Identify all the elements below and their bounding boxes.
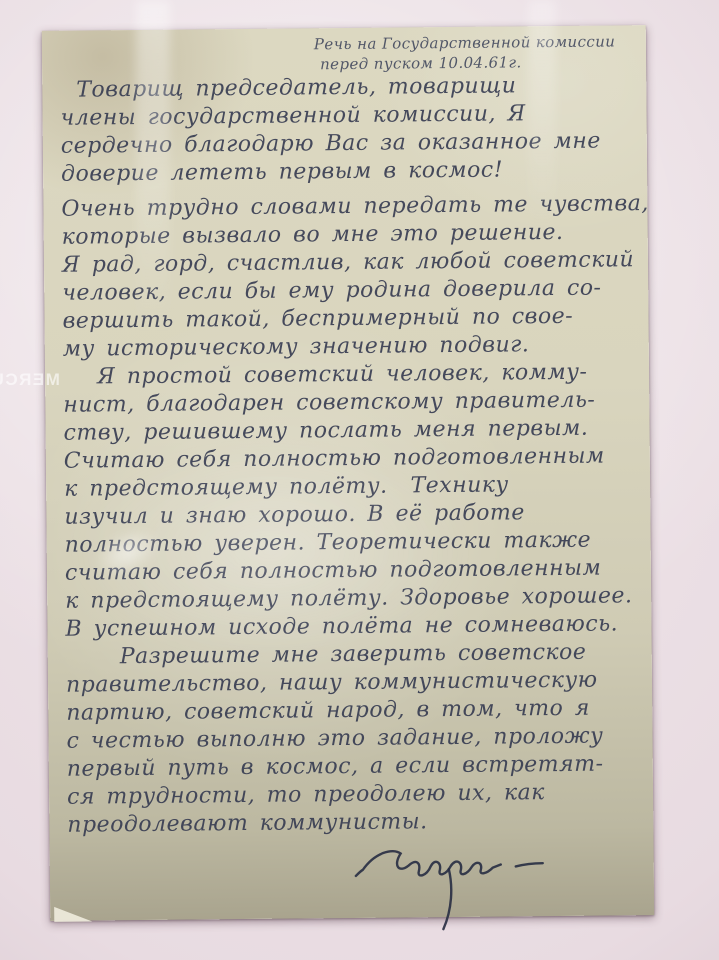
- heading-line: Речь на Государственной комиссии: [314, 31, 644, 54]
- letter-line: вершить такой, беспримерный по свое-: [62, 302, 648, 336]
- letter-heading: Речь на Государственной комиссии перед п…: [314, 31, 644, 74]
- letter-line: Считаю себя полностью подготовленным: [64, 442, 650, 476]
- signature-autograph-icon: [347, 834, 578, 941]
- letter-line: первый путь в космос, а если встретят-: [67, 750, 653, 784]
- museum-photo: MERCU Речь на Государственной комиссии п…: [0, 0, 719, 960]
- gagarin-signature: Гагарин: [347, 834, 578, 941]
- letter-line: доверие лететь первым в космос!: [61, 155, 647, 189]
- paper-corner-fold: [54, 906, 92, 921]
- letter-sheet: Речь на Государственной комиссии перед п…: [42, 25, 655, 921]
- glass-reflection-text: MERCU: [0, 370, 60, 390]
- letter-body: Товарищ председатель, товарищи члены гос…: [60, 71, 653, 840]
- letter-line: сердечно благодарю Вас за оказанное мне: [61, 127, 647, 161]
